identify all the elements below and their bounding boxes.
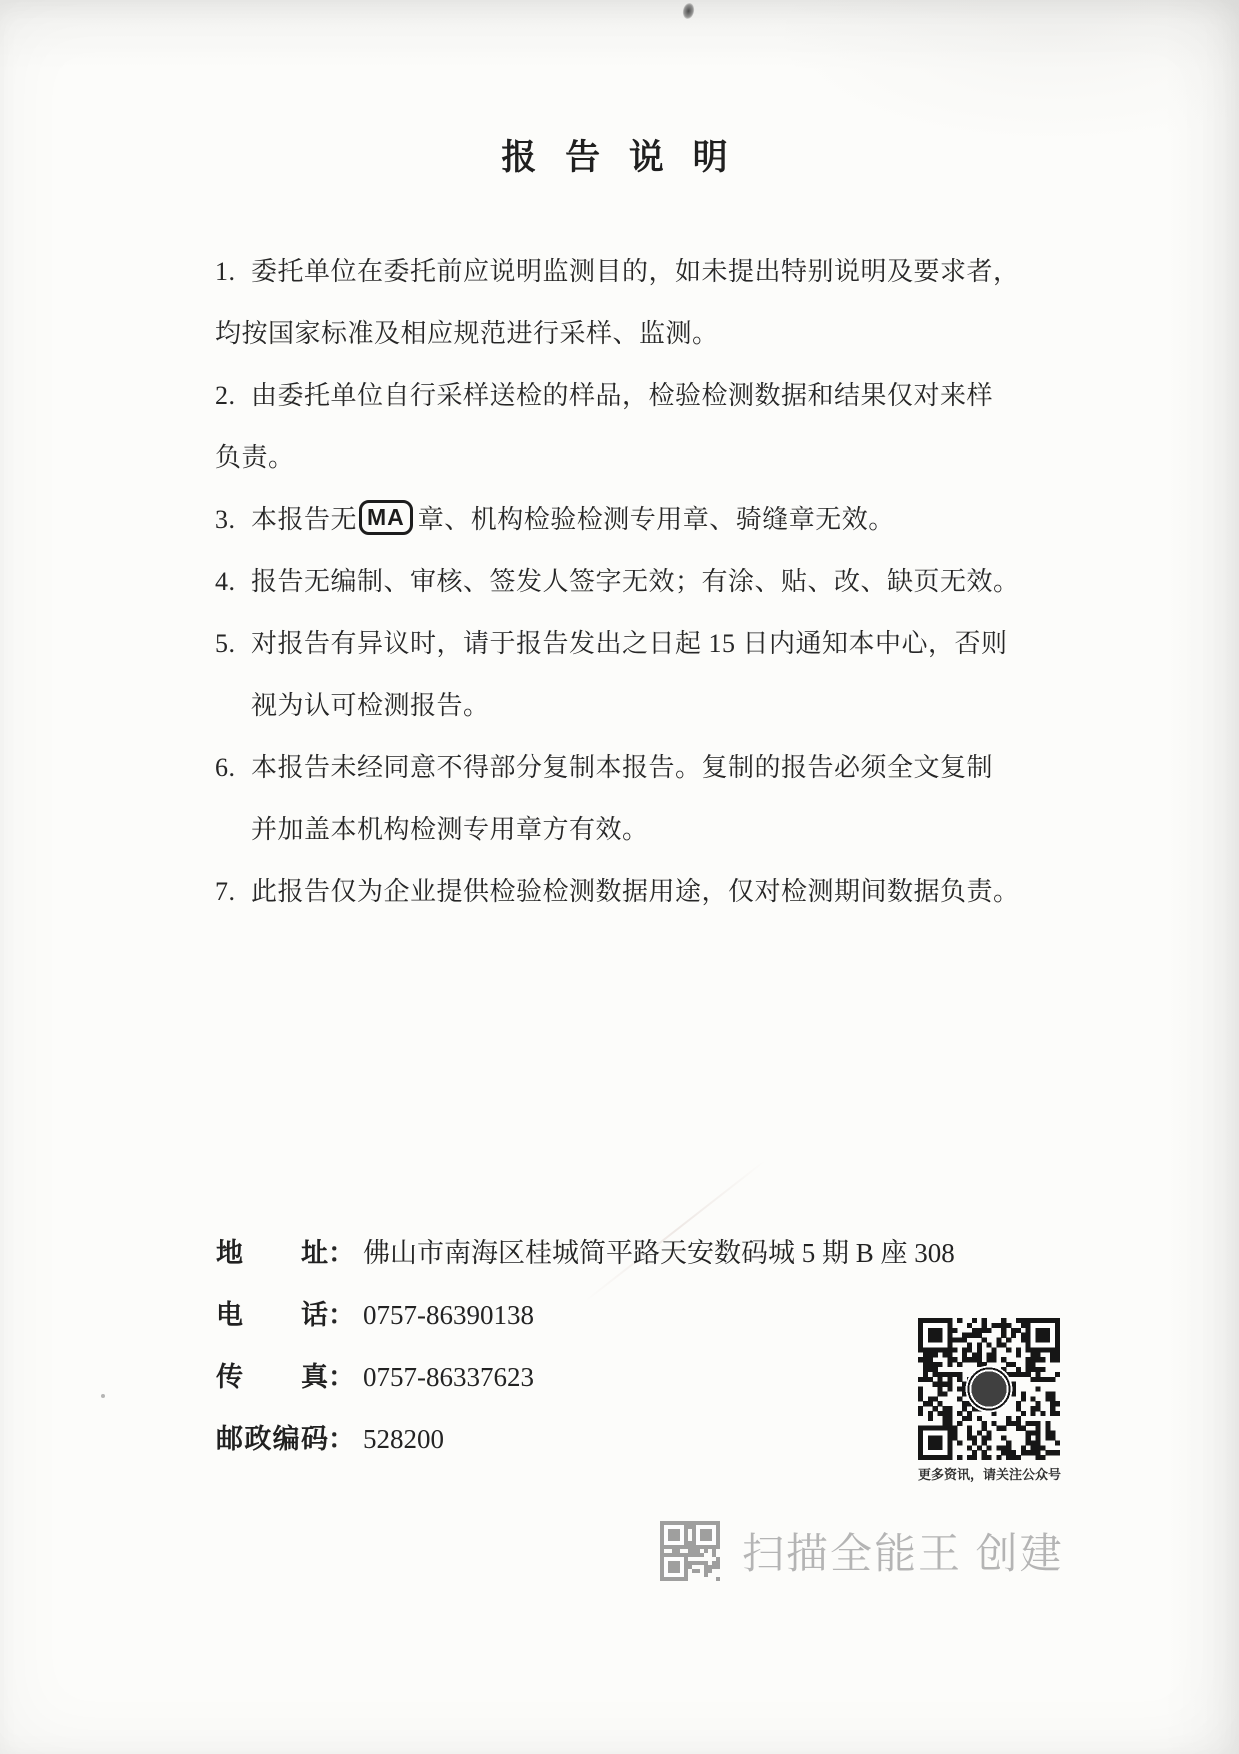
note-number: 5. [215, 613, 251, 675]
contact-label: 地址 [216, 1222, 328, 1284]
note-line: 6.本报告未经同意不得部分复制本报告。复制的报告必须全文复制 [215, 737, 1199, 799]
watermark-text: 扫描全能王 创建 [742, 1521, 1064, 1581]
contact-value: 0757-86390138 [363, 1300, 534, 1330]
scanned-report-page: 报 告 说 明 1.委托单位在委托前应说明监测目的，如未提出特别说明及要求者，均… [0, 0, 1239, 1754]
contact-colon: ： [328, 1424, 355, 1454]
contact-colon: ： [328, 1362, 355, 1392]
note-line: 7.此报告仅为企业提供检验检测数据用途，仅对检测期间数据负责。 [215, 861, 1199, 923]
note-number: 7. [215, 861, 251, 923]
note-line: 1.委托单位在委托前应说明监测目的，如未提出特别说明及要求者， [215, 241, 1199, 303]
camscanner-watermark: 扫描全能王 创建 [660, 1520, 1064, 1582]
contact-row: 地址：佛山市南海区桂城简平路天安数码城 5 期 B 座 308 [216, 1222, 955, 1284]
note-number: 3. [215, 489, 251, 551]
note-line: 均按国家标准及相应规范进行采样、监测。 [215, 303, 1199, 365]
note-line: 3.本报告无MA章、机构检验检测专用章、骑缝章无效。 [215, 489, 1199, 551]
note-line: 视为认可检测报告。 [215, 675, 1199, 737]
official-account-qr-block: 更多资讯，请关注公众号 [918, 1318, 1060, 1483]
note-number: 6. [215, 737, 251, 799]
notes-list: 1.委托单位在委托前应说明监测目的，如未提出特别说明及要求者，均按国家标准及相应… [215, 241, 1199, 923]
contact-value: 0757-86337623 [363, 1362, 534, 1392]
contact-colon: ： [328, 1300, 355, 1330]
note-line: 负责。 [215, 427, 1199, 489]
contact-label: 电话 [216, 1284, 328, 1346]
cma-ma-badge: MA [359, 500, 413, 535]
contact-label: 传真 [216, 1346, 328, 1408]
note-line: 2.由委托单位自行采样送检的样品，检验检测数据和结果仅对来样 [215, 365, 1199, 427]
note-number: 2. [215, 365, 251, 427]
scan-smudge-artifact [681, 2, 695, 20]
contact-row: 电话：0757-86390138 [216, 1284, 955, 1346]
note-number: 4. [215, 551, 251, 613]
note-line: 4.报告无编制、审核、签发人签字无效；有涂、贴、改、缺页无效。 [215, 551, 1199, 613]
contact-label: 邮政编码 [216, 1408, 328, 1470]
qr-caption: 更多资讯，请关注公众号 [918, 1464, 1060, 1483]
note-line: 并加盖本机构检测专用章方有效。 [215, 799, 1199, 861]
page-title: 报 告 说 明 [0, 130, 1239, 180]
contact-value: 佛山市南海区桂城简平路天安数码城 5 期 B 座 308 [363, 1238, 955, 1268]
contact-colon: ： [328, 1238, 355, 1268]
contact-row: 邮政编码：528200 [216, 1408, 955, 1470]
contact-row: 传真：0757-86337623 [216, 1346, 955, 1408]
scan-dot-artifact [101, 1394, 105, 1398]
note-number: 1. [215, 241, 251, 303]
contact-value: 528200 [363, 1424, 444, 1454]
qr-code-image [918, 1318, 1060, 1460]
contact-block: 地址：佛山市南海区桂城简平路天安数码城 5 期 B 座 308电话：0757-8… [216, 1222, 955, 1470]
note-line: 5.对报告有异议时，请于报告发出之日起 15 日内通知本中心，否则 [215, 613, 1199, 675]
watermark-qr-icon [660, 1521, 720, 1581]
